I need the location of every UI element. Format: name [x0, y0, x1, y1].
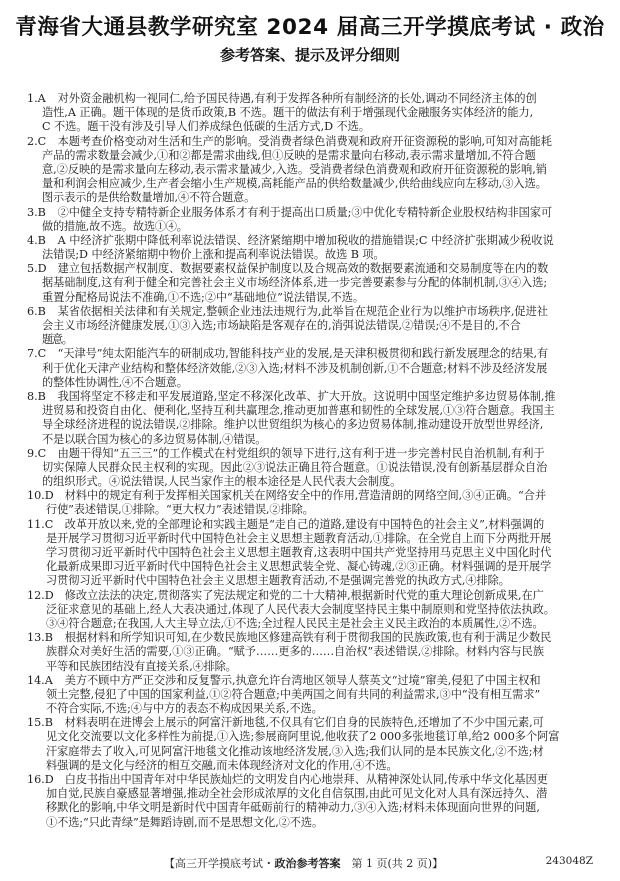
answer-continuation-line: 是开展学习贯彻习近平新时代中国特色社会主义思想主题教育活动,①排除。在全党自上而… [27, 532, 597, 546]
answer-continuation-line: 量和利润会相应减少,生产者会缩小生产规模,高耗能产品的供给数量减少,供给曲线应向… [27, 177, 597, 191]
explanation-text: 建立包括数据产权制度、数据要素权益保护制度以及合规高效的数据要素流通和交易制度等… [58, 262, 549, 275]
explanation-text: 产品的需求数量会减少,①和②都是需求曲线,但①反映的是需求量向右移动,表示需求量… [42, 149, 536, 162]
answer-continuation-line: ③④符合题意;在我国,人大主导立法,①不选;全过程人民民主是社会主义民主政治的本… [27, 617, 597, 631]
answer-item: 9.C由题干得知“五三三”的工作模式在村党组织的领导下进行,这有利于进一步完善村… [27, 447, 597, 490]
explanation-text: 本题考查价格变动对生活和生产的影响。受消费者绿色消费观和政府开征资源税的影响,可… [58, 135, 552, 148]
answer-item: 11.C改革开放以来,党的全部理论和实践主题是“走自己的道路,建设有中国特色的社… [27, 518, 597, 589]
explanation-text: 根据材料和所学知识可知,在少数民族地区修建高铁有利于贯彻我国的民族政策,也有利于… [65, 631, 552, 644]
answer-item: 8.B我国将坚定不移走和平发展道路,坚定不移深化改革、扩大开放。这说明中国坚定维… [27, 390, 597, 447]
question-number: 6. [27, 305, 38, 319]
question-number: 5. [27, 262, 38, 276]
answer-continuation-line: 造性,A 正确。题干体现的是货币政策,B 不选。题干的做法有利于增强现代金融服务… [27, 106, 597, 120]
answer-continuation-line: 进贸易和投资自由化、便利化,坚持互利共赢理念,推动更加普惠和韧性的全球发展,①③… [27, 404, 597, 418]
question-number: 8. [27, 390, 38, 404]
explanation-text: 不符合实际,不选;④与中方的表态不构成因果关系,不选。 [46, 702, 323, 715]
answer-continuation-line: 据基础制度,这有利于健全和完善社会主义市场经济体系,进一步完善要素参与分配的体制… [27, 276, 597, 290]
answer-continuation-line: 泛征求意见的基础上,经人大表决通过,体现了人民代表大会制度坚持民主集中制原则和党… [27, 603, 597, 617]
explanation-text: 对外资金融机构一视同仁,给予国民待遇,有利于发挥各种所有制经济的长处,调动不同经… [58, 92, 537, 105]
explanation-text: 我国将坚定不移走和平发展道路,坚定不移深化改革、扩大开放。这说明中国坚定维护多边… [58, 390, 556, 403]
answer-first-line: 14.A美方不顾中方严正交涉和反复警示,执意允许台湾地区领导人蔡英文“过境”窜美… [27, 674, 597, 688]
explanation-text: 化最新成果即习近平新时代中国特色社会主义思想武装全党、凝心铸魂,②③正确。材料强… [46, 560, 551, 573]
explanation-text: 加自觉,民族自豪感显著增强,推动全社会形成浓厚的文化自信氛围,由此可见文化对人具… [46, 787, 547, 800]
footer-dot: · [263, 857, 275, 870]
explanation-text: 切实保障人民群众民主权利的实现。因此②③说法正确且符合题意。①说法错误,没有创新… [42, 461, 547, 474]
explanation-text: ①不选;“只此青绿”是舞蹈诗剧,而不是思想文化,②不选。 [46, 816, 323, 829]
answer-first-line: 7.C“天津号”纯太阳能汽车的研制成功,智能科技产业的发展,是天津积极贯彻和践行… [27, 347, 597, 361]
explanation-text: 法错误;D 中经济紧缩期中物价上涨和提高利率说法错误。故选 B 项。 [42, 248, 385, 261]
answer-continuation-line: 汗家庭带去了收入,可见阿富汗地毯文化推动该地经济发展,③入选;我们认同的是本民族… [27, 745, 597, 759]
question-number: 10. [27, 489, 45, 503]
footer-bracket-close: 】 [432, 857, 443, 870]
explanation-text: A 中经济扩张期中降低利率说法错误、经济紧缩期中增加税收的措施错误;C 中经济扩… [58, 234, 554, 247]
answer-item: 7.C“天津号”纯太阳能汽车的研制成功,智能科技产业的发展,是天津积极贯彻和践行… [27, 347, 597, 390]
answer-choice: B [38, 305, 58, 319]
answer-choice: C [38, 447, 58, 461]
explanation-text: 是开展学习贯彻习近平新时代中国特色社会主义思想主题教育活动,①排除。在全党自上而… [46, 532, 551, 545]
explanation-text: C 不选。题干没有涉及引导人们养成绿色低碳的生活方式,D 不选。 [42, 120, 370, 133]
explanation-text: 做的措施,故不选。故选①④。 [42, 220, 188, 233]
question-number: 7. [27, 347, 38, 361]
explanation-text: 改革开放以来,党的全部理论和实践主题是“走自己的道路,建设有中国特色的社会主义”… [65, 518, 544, 531]
explanation-text: 移默化的影响,中华文明是新时代中国青年砥砺前行的精神动力,③④入选;材料未体现面… [46, 801, 540, 814]
document-title: 青海省大通县教学研究室 2024 届高三开学摸底考试 · 政治 [0, 10, 620, 41]
answer-item: 12.D修改立法法的决定,贯彻落实了宪法规定和党的二十大精神,根据新时代党的重大… [27, 589, 597, 632]
explanation-text: 导全球经济进程的说法错误,②排除。维护以世贸组织为核心的多边贸易体制,推动建设开… [42, 418, 543, 431]
explanation-text: 平等和民族团结没有直接关系,④排除。 [46, 660, 237, 673]
answer-choice: D [45, 489, 65, 503]
answer-first-line: 13.B根据材料和所学知识可知,在少数民族地区修建高铁有利于贯彻我国的民族政策,… [27, 631, 597, 645]
answer-continuation-line: 行使”表述错误,①排除。“更大权力”表述错误,②排除。 [27, 503, 597, 517]
question-number: 11. [27, 518, 45, 532]
footer-page-number: 第 1 页(共 2 页) [341, 857, 433, 870]
answer-item: 2.C本题考查价格变动对生活和生产的影响。受消费者绿色消费观和政府开征资源税的影… [27, 135, 597, 206]
explanation-text: 某省依据相关法律和有关规定,整顿企业违法违规行为,此举旨在规范企业行为以维护市场… [58, 305, 548, 318]
question-number: 1. [27, 92, 38, 106]
answer-continuation-line: 不符合实际,不选;④与中方的表态不构成因果关系,不选。 [27, 702, 597, 716]
question-number: 4. [27, 234, 38, 248]
answer-continuation-line: 料强调的是文化与经济的相互交融,而未体现经济对文化的作用,④不选。 [27, 759, 597, 773]
answer-continuation-line: 会主义市场经济健康发展,①③入选;市场缺陷是客观存在的,消弭说法错误,②错误;④… [27, 319, 597, 333]
answer-item: 1.A对外资金融机构一视同仁,给予国民待遇,有利于发挥各种所有制经济的长处,调动… [27, 92, 597, 135]
answer-continuation-line: 领土完整,侵犯了中国的国家利益,①②符合题意;中美两国之间有共同的利益需求,③中… [27, 688, 597, 702]
explanation-text: 行使”表述错误,①排除。“更大权力”表述错误,②排除。 [46, 503, 314, 516]
answer-item: 3.B②中健全支持专精特新企业服务体系才有利于提高出口质量;③中优化专精特新企业… [27, 206, 597, 234]
answer-continuation-line: 族群众对美好生活的需要,①③正确。“赋予……更多的……自治权”表述错误,②排除。… [27, 645, 597, 659]
answer-choice: A [45, 674, 65, 688]
explanation-text: 领土完整,侵犯了中国的国家利益,①②符合题意;中美两国之间有共同的利益需求,③中… [46, 688, 540, 701]
answer-continuation-line: 化最新成果即习近平新时代中国特色社会主义思想武装全党、凝心铸魂,②③正确。材料强… [27, 560, 597, 574]
explanation-text: 白皮书指出中国青年对中华民族灿烂的文明发自内心地崇拜、从精神深处认同,传承中华文… [65, 773, 548, 786]
answer-continuation-line: 不是以联合国为核心的多边贸易体制,④错误。 [27, 433, 597, 447]
answer-choice: C [45, 518, 65, 532]
answer-first-line: 10.D材料中的规定有利于发挥相关国家机关在网络安全中的作用,营造清朗的网络空间… [27, 489, 597, 503]
answer-continuation-line: 切实保障人民群众民主权利的实现。因此②③说法正确且符合题意。①说法错误,没有创新… [27, 461, 597, 475]
answer-continuation-line: 产品的需求数量会减少,①和②都是需求曲线,但①反映的是需求量向右移动,表示需求量… [27, 149, 597, 163]
answer-continuation-line: 做的措施,故不选。故选①④。 [27, 220, 597, 234]
document-subtitle: 参考答案、提示及评分细则 [0, 44, 620, 65]
answer-continuation-line: 利于优化天津产业结构和整体经济效能,②③入选;材料不涉及机制创新,①不合题意;材… [27, 362, 597, 376]
explanation-text: 汗家庭带去了收入,可见阿富汗地毯文化推动该地经济发展,③入选;我们认同的是本民族… [46, 745, 544, 758]
explanation-text: 的整体性协调性,④不合题意。 [42, 376, 188, 389]
answer-choice: B [38, 234, 58, 248]
question-number: 13. [27, 631, 45, 645]
answer-continuation-line: ①不选;“只此青绿”是舞蹈诗剧,而不是思想文化,②不选。 [27, 816, 597, 830]
answer-choice: A [38, 92, 58, 106]
answer-first-line: 2.C本题考查价格变动对生活和生产的影响。受消费者绿色消费观和政府开征资源税的影… [27, 135, 597, 149]
explanation-text: 会主义市场经济健康发展,①③入选;市场缺陷是客观存在的,消弭说法错误,②错误;④… [42, 319, 521, 332]
question-number: 15. [27, 716, 45, 730]
answer-choice: C [38, 135, 58, 149]
answer-item: 14.A美方不顾中方严正交涉和反复警示,执意允许台湾地区领导人蔡英文“过境”窜美… [27, 674, 597, 717]
footer-page-label: 【高三开学摸底考试 · 政治参考答案 第 1 页(共 2 页)】 [164, 855, 443, 871]
answer-item: 10.D材料中的规定有利于发挥相关国家机关在网络安全中的作用,营造清朗的网络空间… [27, 489, 597, 517]
answer-first-line: 3.B②中健全支持专精特新企业服务体系才有利于提高出口质量;③中优化专精特新企业… [27, 206, 597, 220]
explanation-text: 美方不顾中方严正交涉和反复警示,执意允许台湾地区领导人蔡英文“过境”窜美,侵犯了… [65, 674, 541, 687]
explanation-text: 进贸易和投资自由化、便利化,坚持互利共赢理念,推动更加普惠和韧性的全球发展,①③… [42, 404, 555, 417]
answer-continuation-line: C 不选。题干没有涉及引导人们养成绿色低碳的生活方式,D 不选。 [27, 120, 597, 134]
explanation-text: 重置分配格局说法不准确,①不选;②中“基础地位”说法错误,不选。 [42, 291, 364, 304]
document-code: 243048Z [546, 855, 593, 867]
explanation-text: 据基础制度,这有利于健全和完善社会主义市场经济体系,进一步完善要素参与分配的体制… [42, 276, 547, 289]
explanation-text: 图示表示的是供给数量增加,④不符合题意。 [42, 191, 255, 204]
answer-first-line: 11.C改革开放以来,党的全部理论和实践主题是“走自己的道路,建设有中国特色的社… [27, 518, 597, 532]
explanation-text: 料强调的是文化与经济的相互交融,而未体现经济对文化的作用,④不选。 [46, 759, 398, 772]
explanation-text: 见文化交流要以文化多样性为前提,①入选;参展商阿里说,他收获了2 000多张地毯… [46, 730, 559, 743]
explanation-text: 材料表明在进博会上展示的阿富汗新地毯,不仅具有它们自身的民族特色,还增加了不少中… [65, 716, 544, 729]
question-number: 3. [27, 206, 38, 220]
answer-continuation-line: 的组织形式。④说法错误,人民当家作主的根本途径是人民代表大会制度。 [27, 475, 597, 489]
answer-continuation-line: 法错误;D 中经济紧缩期中物价上涨和提高利率说法错误。故选 B 项。 [27, 248, 597, 262]
explanation-text: 修改立法法的决定,贯彻落实了宪法规定和党的二十大精神,根据新时代党的重大理论创新… [65, 589, 544, 602]
answer-continuation-line: 题意。 [27, 333, 597, 347]
explanation-text: 的组织形式。④说法错误,人民当家作主的根本途径是人民代表大会制度。 [42, 475, 401, 488]
answer-choice: D [45, 773, 65, 787]
answer-first-line: 4.BA 中经济扩张期中降低利率说法错误、经济紧缩期中增加税收的措施错误;C 中… [27, 234, 597, 248]
page-footer: 【高三开学摸底考试 · 政治参考答案 第 1 页(共 2 页)】 243048Z [0, 855, 620, 871]
question-number: 12. [27, 589, 45, 603]
answer-item: 6.B某省依据相关法律和有关规定,整顿企业违法违规行为,此举旨在规范企业行为以维… [27, 305, 597, 348]
explanation-text: 利于优化天津产业结构和整体经济效能,②③入选;材料不涉及机制创新,①不合题意;材… [42, 362, 547, 375]
footer-bracket-open: 【 [164, 857, 175, 870]
answer-first-line: 8.B我国将坚定不移走和平发展道路,坚定不移深化改革、扩大开放。这说明中国坚定维… [27, 390, 597, 404]
answer-continuation-line: 学习贯彻习近平新时代中国特色社会主义思想主题教育,这表明中国共产党坚持用马克思主… [27, 546, 597, 560]
explanation-text: 族群众对美好生活的需要,①③正确。“赋予……更多的……自治权”表述错误,②排除。… [46, 645, 544, 658]
question-number: 14. [27, 674, 45, 688]
explanation-text: 造性,A 正确。题干体现的是货币政策,B 不选。题干的做法有利于增强现代金融服务… [42, 106, 533, 119]
answer-choice: B [38, 390, 58, 404]
answer-continuation-line: 移默化的影响,中华文明是新时代中国青年砥砺前行的精神动力,③④入选;材料未体现面… [27, 801, 597, 815]
answer-first-line: 16.D白皮书指出中国青年对中华民族灿烂的文明发自内心地崇拜、从精神深处认同,传… [27, 773, 597, 787]
answer-first-line: 9.C由题干得知“五三三”的工作模式在村党组织的领导下进行,这有利于进一步完善村… [27, 447, 597, 461]
explanation-text: ②中健全支持专精特新企业服务体系才有利于提高出口质量;③中优化专精特新企业股权结… [58, 206, 553, 219]
answer-choice: B [45, 716, 65, 730]
explanation-text: 不是以联合国为核心的多边贸易体制,④错误。 [42, 433, 266, 446]
explanation-text: 量和利润会相应减少,生产者会缩小生产规模,高耗能产品的供给数量减少,供给曲线应向… [42, 177, 547, 190]
explanation-text: ③④符合题意;在我国,人大主导立法,①不选;全过程人民民主是社会主义民主政治的本… [46, 617, 544, 630]
answer-continuation-line: 意,②反映的是需求量向左移动,表示需求量减少,入选。受消费者绿色消费观和政府开征… [27, 163, 597, 177]
answer-first-line: 5.D建立包括数据产权制度、数据要素权益保护制度以及合规高效的数据要素流通和交易… [27, 262, 597, 276]
explanation-text: “天津号”纯太阳能汽车的研制成功,智能科技产业的发展,是天津积极贯彻和践行新发展… [58, 347, 549, 360]
answer-continuation-line: 习贯彻习近平新时代中国特色社会主义思想主题教育活动,不是强调完善党的执政方式,④… [27, 574, 597, 588]
answer-continuation-line: 导全球经济进程的说法错误,②排除。维护以世贸组织为核心的多边贸易体制,推动建设开… [27, 418, 597, 432]
answer-first-line: 15.B材料表明在进博会上展示的阿富汗新地毯,不仅具有它们自身的民族特色,还增加… [27, 716, 597, 730]
explanation-text: 习贯彻习近平新时代中国特色社会主义思想主题教育活动,不是强调完善党的执政方式,④… [46, 574, 510, 587]
answer-continuation-line: 重置分配格局说法不准确,①不选;②中“基础地位”说法错误,不选。 [27, 291, 597, 305]
answer-choice: B [45, 631, 65, 645]
answer-item: 4.BA 中经济扩张期中降低利率说法错误、经济紧缩期中增加税收的措施错误;C 中… [27, 234, 597, 262]
answer-continuation-line: 图示表示的是供给数量增加,④不符合题意。 [27, 191, 597, 205]
answer-item: 16.D白皮书指出中国青年对中华民族灿烂的文明发自内心地崇拜、从精神深处认同,传… [27, 773, 597, 830]
answer-continuation-line: 加自觉,民族自豪感显著增强,推动全社会形成浓厚的文化自信氛围,由此可见文化对人具… [27, 787, 597, 801]
answer-first-line: 1.A对外资金融机构一视同仁,给予国民待遇,有利于发挥各种所有制经济的长处,调动… [27, 92, 597, 106]
answer-list: 1.A对外资金融机构一视同仁,给予国民待遇,有利于发挥各种所有制经济的长处,调动… [27, 92, 597, 830]
explanation-text: 意,②反映的是需求量向左移动,表示需求量减少,入选。受消费者绿色消费观和政府开征… [42, 163, 547, 176]
explanation-text: 题意。 [42, 333, 72, 346]
answer-first-line: 6.B某省依据相关法律和有关规定,整顿企业违法违规行为,此举旨在规范企业行为以维… [27, 305, 597, 319]
footer-exam-name: 高三开学摸底考试 [175, 857, 263, 870]
question-number: 2. [27, 135, 38, 149]
question-number: 9. [27, 447, 38, 461]
footer-subject: 政治参考答案 [275, 857, 341, 870]
explanation-text: 由题干得知“五三三”的工作模式在村党组织的领导下进行,这有利于进一步完善村民自治… [58, 447, 545, 460]
answer-choice: D [45, 589, 65, 603]
answer-continuation-line: 平等和民族团结没有直接关系,④排除。 [27, 660, 597, 674]
answer-first-line: 12.D修改立法法的决定,贯彻落实了宪法规定和党的二十大精神,根据新时代党的重大… [27, 589, 597, 603]
explanation-text: 材料中的规定有利于发挥相关国家机关在网络安全中的作用,营造清朗的网络空间,③④正… [65, 489, 546, 502]
answer-item: 5.D建立包括数据产权制度、数据要素权益保护制度以及合规高效的数据要素流通和交易… [27, 262, 597, 305]
answer-continuation-line: 的整体性协调性,④不合题意。 [27, 376, 597, 390]
answer-continuation-line: 见文化交流要以文化多样性为前提,①入选;参展商阿里说,他收获了2 000多张地毯… [27, 730, 597, 744]
answer-choice: B [38, 206, 58, 220]
answer-choice: C [38, 347, 58, 361]
answer-choice: D [38, 262, 58, 276]
question-number: 16. [27, 773, 45, 787]
answer-item: 13.B根据材料和所学知识可知,在少数民族地区修建高铁有利于贯彻我国的民族政策,… [27, 631, 597, 674]
explanation-text: 学习贯彻习近平新时代中国特色社会主义思想主题教育,这表明中国共产党坚持用马克思主… [46, 546, 551, 559]
explanation-text: 泛征求意见的基础上,经人大表决通过,体现了人民代表大会制度坚持民主集中制原则和党… [46, 603, 555, 616]
answer-item: 15.B材料表明在进博会上展示的阿富汗新地毯,不仅具有它们自身的民族特色,还增加… [27, 716, 597, 773]
